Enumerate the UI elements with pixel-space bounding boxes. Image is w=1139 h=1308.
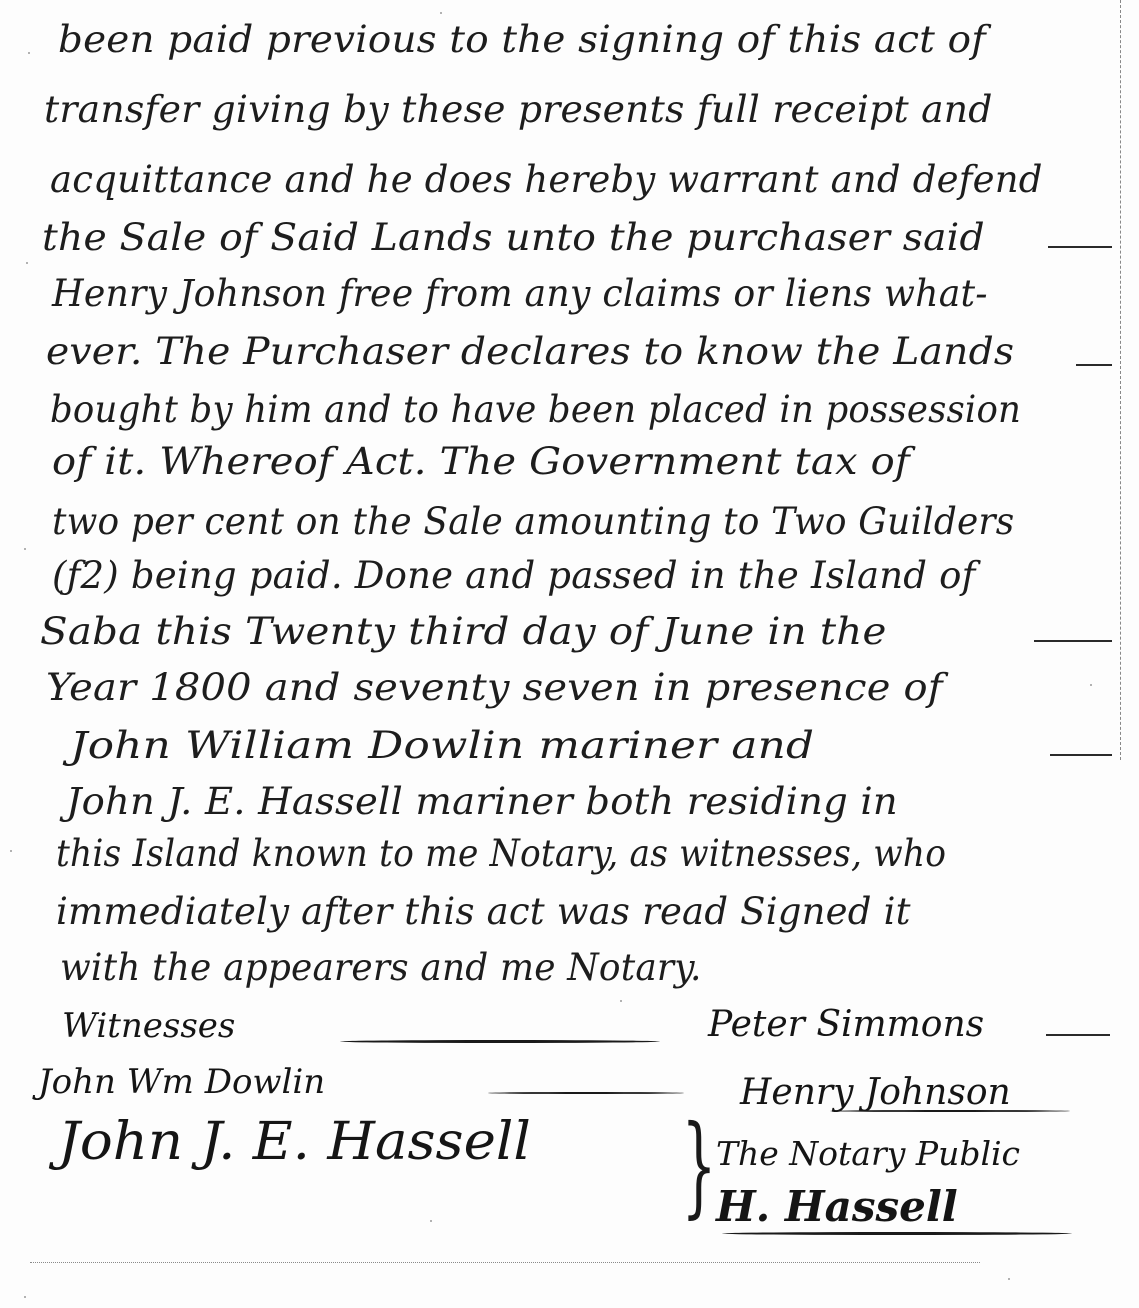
notary-underline-flourish — [722, 1232, 1072, 1235]
photocopy-speck — [1008, 1278, 1010, 1280]
photocopy-speck — [26, 262, 28, 264]
line-filler-dash — [1050, 754, 1112, 756]
text-line-4: the Sale of Said Lands unto the purchase… — [42, 216, 985, 259]
photocopy-speck — [430, 1220, 432, 1222]
witness-1-signature: John Wm Dowlin — [38, 1062, 325, 1102]
photocopy-speck — [10, 850, 12, 852]
line-filler-dash — [1076, 364, 1112, 366]
witnesses-label: Witnesses — [62, 1006, 235, 1046]
page-edge-line — [1120, 0, 1122, 760]
text-line-13: John William Dowlin mariner and — [70, 724, 814, 767]
signature-brace: } — [682, 1110, 717, 1220]
text-line-1: been paid previous to the signing of thi… — [58, 18, 986, 61]
line-filler-dash — [1046, 1034, 1110, 1036]
text-line-9: two per cent on the Sale amounting to Tw… — [52, 500, 1014, 543]
text-line-14: John J. E. Hassell mariner both residing… — [66, 780, 898, 823]
photocopy-speck — [620, 1000, 622, 1002]
signature-flourish — [488, 1092, 684, 1094]
text-line-2: transfer giving by these presents full r… — [44, 88, 993, 131]
notary-signature: H. Hassell — [716, 1182, 958, 1231]
photocopy-speck — [24, 548, 26, 550]
text-line-8: of it. Whereof Act. The Government tax o… — [52, 440, 910, 483]
signature-flourish — [830, 1110, 1070, 1112]
photocopy-artifact-line — [30, 1262, 980, 1263]
notary-label: The Notary Public — [716, 1134, 1020, 1173]
text-line-11: Saba this Twenty third day of June in th… — [40, 610, 887, 653]
seller-signature: Peter Simmons — [708, 1004, 984, 1045]
witness-2-signature: John J. E. Hassell — [58, 1112, 531, 1172]
text-line-17: with the appearers and me Notary. — [60, 946, 702, 989]
text-line-15: this Island known to me Notary, as witne… — [56, 832, 946, 875]
text-line-6: ever. The Purchaser declares to know the… — [46, 330, 1014, 373]
text-line-7: bought by him and to have been placed in… — [50, 388, 1021, 431]
photocopy-speck — [1090, 684, 1092, 686]
document-page: been paid previous to the signing of thi… — [0, 0, 1139, 1308]
line-filler-dash — [1034, 640, 1112, 642]
text-line-10: (ƒ2) being paid. Done and passed in the … — [52, 554, 976, 597]
photocopy-speck — [24, 1296, 26, 1298]
photocopy-speck — [28, 52, 30, 54]
line-filler-dash — [1048, 246, 1112, 248]
text-line-12: Year 1800 and seventy seven in presence … — [46, 666, 943, 709]
signature-flourish — [340, 1040, 660, 1043]
purchaser-signature: Henry Johnson — [740, 1072, 1011, 1113]
text-line-5: Henry Johnson free from any claims or li… — [52, 272, 988, 315]
text-line-16: immediately after this act was read Sign… — [56, 890, 911, 933]
text-line-3: acquittance and he does hereby warrant a… — [50, 158, 1043, 201]
photocopy-speck — [440, 12, 442, 14]
